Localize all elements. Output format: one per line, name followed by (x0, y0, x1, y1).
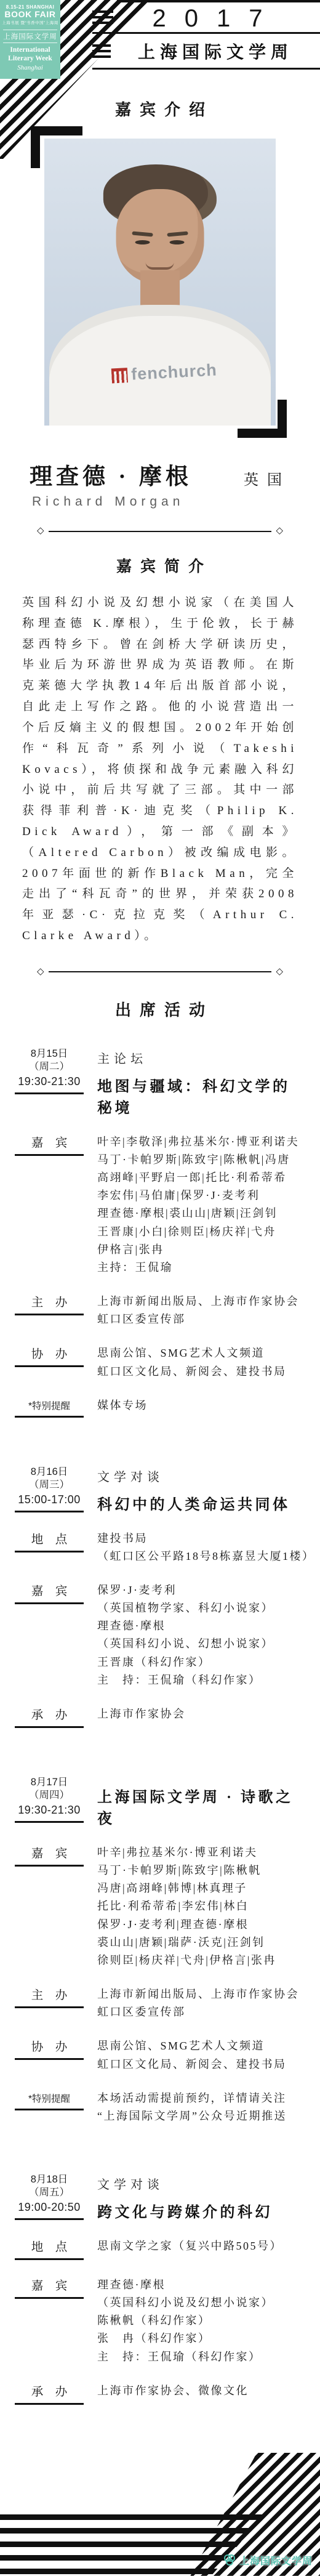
badge-week-cn: 上海国际文学周 (3, 30, 57, 43)
event-content-line: 思南文学之家（复兴中路505号） (97, 2237, 305, 2255)
corner-bracket-top-left (31, 126, 82, 168)
event-row: 主 办上海市新闻出版局、上海市作家协会虹口区委宣传部 (0, 1985, 320, 2021)
event-content-line: 主 持：王侃瑜（科幻作家） (97, 2348, 305, 2366)
photo-mouth (146, 262, 174, 270)
guest-name-cn: 理查德 · 摩根 (30, 458, 192, 491)
event-content-line: 虹口区文化局、新阅会、建投书局 (97, 1363, 305, 1381)
event-row: 嘉 宾叶辛|弗拉基米尔·博亚利诺夫马丁·卡帕罗斯|陈致宇|陈楸帆冯唐|高翊峰|韩… (0, 1844, 320, 1969)
event-row: 协 办思南公馆、SMG艺术人文频道虹口区文化局、新阅会、建投书局 (0, 1344, 320, 1380)
event-header: 8月15日（周二）19:30-21:30主论坛地图与疆域：科幻文学的秘境 (0, 1048, 320, 1117)
event-title: 上海国际文学周 · 诗歌之夜 (97, 1785, 305, 1828)
event-date-line: （周二） (15, 1060, 84, 1073)
photo-eye (135, 240, 150, 244)
event-row-content: 本场活动需提前预约，详情请关注“上海国际文学周”公众号近期推送 (97, 2089, 305, 2125)
event-type: 主论坛 (97, 1049, 305, 1067)
event-title: 地图与疆域：科幻文学的秘境 (97, 1074, 305, 1117)
event-content-line: 虹口区文化局、新阅会、建投书局 (97, 2056, 305, 2073)
divider-line (49, 971, 272, 972)
event-content-line: 思南公馆、SMG艺术人文频道 (97, 1344, 305, 1362)
event-date-line: （周五） (15, 2186, 84, 2199)
guest-bio-text: 英国科幻小说及幻想小说家（在美国人称理查德 K.摩根），生于伦敦，长于赫瑟西特乡… (22, 592, 298, 947)
event-content-line: 冯唐|高翊峰|韩博|林真理子 (97, 1880, 305, 1897)
header-top-rule (117, 0, 320, 2)
event-date: 8月17日（周四）19:30-21:30 (15, 1776, 84, 1823)
event-content-line: （英国科幻小说、幻想小说家） (97, 1635, 305, 1653)
event-content-line: “上海国际文学周”公众号近期推送 (97, 2107, 305, 2125)
event-type: 文学对谈 (97, 1467, 305, 1485)
event-content-line: 王晋康|小白|徐则臣|杨庆祥|弋舟 (97, 1223, 305, 1241)
event-content-line: 上海市新闻出版局、上海市作家协会 (97, 1985, 305, 2003)
event-row-label: 地 点 (15, 1530, 84, 1552)
event-row: 协 办思南公馆、SMG艺术人文频道虹口区文化局、新阅会、建投书局 (0, 2037, 320, 2073)
event-content-line: 上海市新闻出版局、上海市作家协会 (97, 1293, 305, 1310)
guest-photo-frame: fenchurch (44, 139, 276, 426)
event-row-label: 主 办 (15, 1293, 84, 1315)
event-content-line: 伊格言|张冉 (97, 1241, 305, 1259)
literary-week-logo-icon (223, 2553, 236, 2567)
tshirt-brand-text: fenchurch (131, 360, 218, 384)
photo-eye (170, 240, 185, 244)
event-row-content: 上海市作家协会、微像文化 (97, 2382, 305, 2405)
book-fair-badge: 8.15-21 SHANGHAI BOOK FAIR 上海书展 暨“书香中国”上… (0, 0, 60, 79)
corner-bracket-bottom-right (238, 400, 287, 438)
event-title-block: 文学对谈跨文化与跨媒介的科幻 (97, 2173, 305, 2221)
event-date-line: 19:00-20:50 (15, 2201, 84, 2214)
event-row-label: 嘉 宾 (15, 1133, 84, 1156)
event-content-line: 马丁·卡帕罗斯|陈致宇|陈楸帆 (97, 1862, 305, 1880)
event-row-label: 嘉 宾 (15, 1844, 84, 1867)
event-row-label: 承 办 (15, 1705, 84, 1728)
event-content-line: 高翊峰|平野启一郎|托比·利希蒂希 (97, 1169, 305, 1187)
badge-week-en-line2: Literary Week (0, 55, 60, 63)
event-title: 跨文化与跨媒介的科幻 (97, 2200, 305, 2221)
event-row-label: 嘉 宾 (15, 2276, 84, 2299)
badge-script-shanghai: Shanghai (0, 64, 60, 71)
diamond-divider: ◇ ◇ (37, 967, 283, 977)
event-row-content: 保罗·J·麦考利（英国植物学家、科幻小说家）理查德·摩根（英国科幻小说、幻想小说… (97, 1581, 305, 1689)
event-content-line: 托比·利希蒂希|李宏伟|林白 (97, 1897, 305, 1915)
badge-book-fair: BOOK FAIR (0, 10, 60, 19)
diamond-icon: ◇ (276, 527, 283, 536)
event-date-line: （周三） (15, 1479, 84, 1492)
event-content-line: 理查德·摩根 (97, 1617, 305, 1635)
poster-page: 8.15-21 SHANGHAI BOOK FAIR 上海书展 暨“书香中国”上… (0, 0, 320, 2576)
event-content-line: 媒体专场 (97, 1397, 305, 1415)
event-date-line: 8月18日 (15, 2173, 84, 2186)
diamond-icon: ◇ (276, 967, 283, 977)
guest-country: 英国 (244, 467, 290, 491)
footer: 上海国际文学周 (0, 2453, 320, 2576)
event-row: 承 办上海市作家协会 (0, 1705, 320, 1728)
event-content-line: 主 持：王侃瑜（科幻作家） (97, 1671, 305, 1689)
photo-face (116, 189, 204, 284)
event-content-line: 马丁·卡帕罗斯|陈致宇|陈楸帆|冯唐 (97, 1151, 305, 1169)
event-content-line: 虹口区委宣传部 (97, 2003, 305, 2021)
event-content-line: 叶辛|李敬泽|弗拉基米尔·博亚利诺夫 (97, 1133, 305, 1151)
event-content-line: 上海市作家协会 (97, 1705, 305, 1723)
event-row-label: *特别提醒 (15, 2089, 84, 2110)
event-content-line: 张 冉（科幻作家） (97, 2330, 305, 2348)
event-date: 8月16日（周三）15:00-17:00 (15, 1466, 84, 1512)
event-content-line: 王晋康（科幻作家） (97, 1653, 305, 1671)
footer-brand: 上海国际文学周 (223, 2553, 313, 2567)
diamond-divider: ◇ ◇ (37, 527, 283, 536)
event-date-line: 8月15日 (15, 1048, 84, 1060)
header-bottom-rule (92, 68, 320, 70)
event-header: 8月16日（周三）15:00-17:00文学对谈科幻中的人类命运共同体 (0, 1466, 320, 1514)
event-content-line: 主持：王侃瑜 (97, 1259, 305, 1277)
events-list: 8月15日（周二）19:30-21:30主论坛地图与疆域：科幻文学的秘境嘉 宾叶… (0, 1048, 320, 2405)
event-row: 承 办上海市作家协会、微像文化 (0, 2382, 320, 2405)
tshirt-logo-icon (111, 367, 128, 382)
event-title-block: 上海国际文学周 · 诗歌之夜 (97, 1776, 305, 1828)
event-content-line: 上海市作家协会、微像文化 (97, 2382, 305, 2400)
event-content-line: 保罗·J·麦考利|理查德·摩根 (97, 1916, 305, 1934)
event-row: 地 点思南文学之家（复兴中路505号） (0, 2237, 320, 2260)
event-content-line: 虹口区委宣传部 (97, 1310, 305, 1328)
event-row-label: *特别提醒 (15, 1397, 84, 1418)
event-row-label: 嘉 宾 (15, 1581, 84, 1604)
event-content-line: 李宏伟|马伯庸|保罗·J·麦考利 (97, 1187, 305, 1205)
event-row-content: 思南公馆、SMG艺术人文频道虹口区文化局、新阅会、建投书局 (97, 2037, 305, 2073)
badge-week-en-line1: International (0, 46, 60, 54)
event-row: 地 点建投书局（虹口区公平路18号8栋嘉昱大厦1楼） (0, 1530, 320, 1565)
event-row-content: 媒体专场 (97, 1397, 305, 1418)
event-content-line: （虹口区公平路18号8栋嘉昱大厦1楼） (97, 1548, 315, 1565)
event-row-content: 上海市新闻出版局、上海市作家协会虹口区委宣传部 (97, 1985, 305, 2021)
event-row-label: 协 办 (15, 2037, 84, 2060)
header-title-block: 2017 上海国际文学周 (92, 0, 320, 70)
event-content-line: （英国科幻小说及幻想小说家） (97, 2294, 305, 2312)
guest-name-row: 理查德 · 摩根 英国 (0, 458, 320, 491)
event-row: 嘉 宾叶辛|李敬泽|弗拉基米尔·博亚利诺夫马丁·卡帕罗斯|陈致宇|陈楸帆|冯唐高… (0, 1133, 320, 1277)
event: 8月17日（周四）19:30-21:30上海国际文学周 · 诗歌之夜嘉 宾叶辛|… (0, 1776, 320, 2125)
event-title-block: 主论坛地图与疆域：科幻文学的秘境 (97, 1048, 305, 1117)
event: 8月15日（周二）19:30-21:30主论坛地图与疆域：科幻文学的秘境嘉 宾叶… (0, 1048, 320, 1418)
event-date-line: 8月16日 (15, 1466, 84, 1479)
event-date-line: 19:30-21:30 (15, 1075, 84, 1088)
event-header: 8月18日（周五）19:00-20:50文学对谈跨文化与跨媒介的科幻 (0, 2173, 320, 2221)
event-content-line: 裘山山|唐颖|瑞萨·沃克|汪剑钊 (97, 1934, 305, 1952)
event: 8月16日（周三）15:00-17:00文学对谈科幻中的人类命运共同体地 点建投… (0, 1466, 320, 1728)
event-content-line: 理查德·摩根|裘山山|唐颖|汪剑钊 (97, 1205, 305, 1222)
event-content-line: 陈楸帆（科幻作家） (97, 2312, 305, 2330)
event-header: 8月17日（周四）19:30-21:30上海国际文学周 · 诗歌之夜 (0, 1776, 320, 1828)
event-row-content: 上海市作家协会 (97, 1705, 305, 1728)
event-date-line: （周四） (15, 1789, 84, 1802)
event-row: *特别提醒媒体专场 (0, 1397, 320, 1418)
header-week-title: 上海国际文学周 (111, 39, 320, 63)
section-heading-guest-bio: 嘉宾简介 (0, 554, 320, 576)
event-content-line: （英国植物学家、科幻小说家） (97, 1599, 305, 1617)
photo-brow (132, 232, 153, 237)
event-title: 科幻中的人类命运共同体 (97, 1492, 305, 1514)
event-date: 8月15日（周二）19:30-21:30 (15, 1048, 84, 1094)
event: 8月18日（周五）19:00-20:50文学对谈跨文化与跨媒介的科幻地 点思南文… (0, 2173, 320, 2405)
event-row-content: 叶辛|弗拉基米尔·博亚利诺夫马丁·卡帕罗斯|陈致宇|陈楸帆冯唐|高翊峰|韩博|林… (97, 1844, 305, 1969)
diamond-icon: ◇ (37, 967, 44, 977)
event-row: 嘉 宾保罗·J·麦考利（英国植物学家、科幻小说家）理查德·摩根（英国科幻小说、幻… (0, 1581, 320, 1689)
event-row-content: 思南文学之家（复兴中路505号） (97, 2237, 305, 2260)
event-row-content: 叶辛|李敬泽|弗拉基米尔·博亚利诺夫马丁·卡帕罗斯|陈致宇|陈楸帆|冯唐高翊峰|… (97, 1133, 305, 1277)
event-row-label: 主 办 (15, 1985, 84, 2008)
header-year: 2017 (113, 6, 320, 31)
event-row-label: 协 办 (15, 1344, 84, 1367)
event-type: 文学对谈 (97, 2174, 305, 2192)
event-row: 嘉 宾理查德·摩根（英国科幻小说及幻想小说家）陈楸帆（科幻作家）张 冉（科幻作家… (0, 2276, 320, 2366)
event-row: *特别提醒本场活动需提前预约，详情请关注“上海国际文学周”公众号近期推送 (0, 2089, 320, 2125)
event-date-line: 8月17日 (15, 1776, 84, 1789)
badge-week-en: International Literary Week (0, 46, 60, 62)
event-date-line: 15:00-17:00 (15, 1493, 84, 1506)
diamond-icon: ◇ (37, 527, 44, 536)
event-content-line: 思南公馆、SMG艺术人文频道 (97, 2037, 305, 2055)
event-date: 8月18日（周五）19:00-20:50 (15, 2173, 84, 2220)
event-content-line: 理查德·摩根 (97, 2276, 305, 2294)
event-row-label: 地 点 (15, 2237, 84, 2260)
event-row-content: 思南公馆、SMG艺术人文频道虹口区文化局、新阅会、建投书局 (97, 1344, 305, 1380)
photo-brow (167, 232, 188, 237)
event-row-content: 上海市新闻出版局、上海市作家协会虹口区委宣传部 (97, 1293, 305, 1328)
event-content-line: 徐则臣|杨庆祥|弋舟|伊格言|张冉 (97, 1952, 305, 1969)
event-content-line: 叶辛|弗拉基米尔·博亚利诺夫 (97, 1844, 305, 1862)
badge-book-fair-cn: 上海书展 暨“书香中国”上海周 (0, 20, 60, 25)
event-title-block: 文学对谈科幻中的人类命运共同体 (97, 1466, 305, 1514)
event-row-content: 建投书局（虹口区公平路18号8栋嘉昱大厦1楼） (97, 1530, 315, 1565)
section-heading-events: 出席活动 (0, 998, 320, 1020)
stripe-bars-icon (92, 44, 111, 58)
event-content-line: 保罗·J·麦考利 (97, 1581, 305, 1599)
event-row: 主 办上海市新闻出版局、上海市作家协会虹口区委宣传部 (0, 1293, 320, 1328)
event-row-content: 理查德·摩根（英国科幻小说及幻想小说家）陈楸帆（科幻作家）张 冉（科幻作家）主 … (97, 2276, 305, 2366)
guest-photo: fenchurch (44, 139, 276, 426)
header-mid-rule (92, 32, 320, 34)
event-row-label: 承 办 (15, 2382, 84, 2405)
stripe-bars-icon (92, 10, 113, 26)
event-content-line: 建投书局 (97, 1530, 315, 1548)
guest-name-en: Richard Morgan (0, 491, 320, 509)
divider-line (49, 531, 272, 532)
header: 8.15-21 SHANGHAI BOOK FAIR 上海书展 暨“书香中国”上… (0, 0, 320, 74)
event-date-line: 19:30-21:30 (15, 1804, 84, 1817)
tshirt-print: fenchurch (111, 360, 218, 385)
event-content-line: 本场活动需提前预约，详情请关注 (97, 2089, 305, 2107)
footer-brand-text: 上海国际文学周 (239, 2553, 313, 2567)
